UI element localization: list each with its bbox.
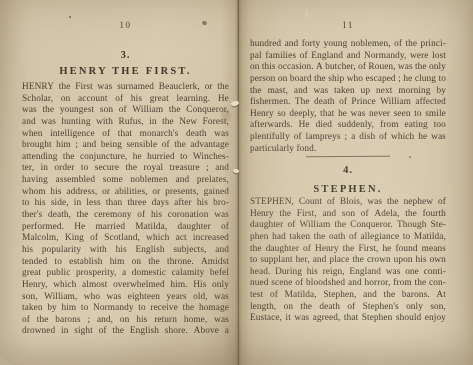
right-body-text: STEPHEN,CountofBlois,wasthenephewofHenry… xyxy=(250,197,446,325)
paper-speck xyxy=(409,156,411,158)
book-scan: 10 3. HENRY THE FIRST. HENRYtheFirstwass… xyxy=(0,0,473,365)
right-page-number: 11 xyxy=(250,20,446,30)
text-line: whomhisaddress,orabilities,orpresents,ga… xyxy=(22,187,229,199)
text-line: Henry,whichalmostoverwhelmedhim.Hisonly xyxy=(22,280,229,292)
text-line: takenbyhimtoNormandytoreceivethehomage xyxy=(22,303,229,315)
text-line: Malcolm,KingofScotland,whichactincreased xyxy=(22,233,229,245)
text-line: nuedsceneofbloodshedandhorror,fromthecon… xyxy=(250,278,446,290)
text-line: performed.HemarriedMatilda,daughterof xyxy=(22,222,229,234)
text-line: persononboardtheshipwhoescaped;heclungto xyxy=(250,74,446,86)
text-line: STEPHEN,CountofBlois,wasthenephewof xyxy=(250,197,446,209)
text-line: ter,inordertosecuretheroyaltreasure;and xyxy=(22,163,229,175)
text-line: tohisside,inlessthanthreedaysafterhisbro… xyxy=(22,198,229,210)
text-line: themast,andwastakenupnextmorningby xyxy=(250,86,446,98)
text-line: head.Duringhisreign,Englandwasoneconti- xyxy=(250,267,446,279)
text-line: attendingtheconjuncture,hehurriedtoWinch… xyxy=(22,152,229,164)
text-line: Eustace,itwasagreed,thatStephenshouldenj… xyxy=(250,313,446,325)
left-section-number: 3. xyxy=(22,50,229,61)
text-line: greatpublicprosperity,adomesticcalamityb… xyxy=(22,268,229,280)
right-section-number: 4. xyxy=(250,165,446,176)
right-page: 11 hundredandfortyyoungnoblemen,ofthepri… xyxy=(237,0,473,365)
text-line: plentifullyoflampreys;adishofwhichhewas xyxy=(250,132,446,144)
text-line: Scholar,onaccountofhisgreatlearning.He xyxy=(22,94,229,106)
text-line: havingassembledsomenoblemenandprelates, xyxy=(22,175,229,187)
text-line: daughterofWilliamtheConqueror.ThoughSte- xyxy=(250,220,446,232)
section-divider xyxy=(306,156,390,158)
text-line: andwashuntingwithRufus,intheNewForest, xyxy=(22,117,229,129)
text-line: HENRYtheFirstwassurnamedBeauclerk,orthe xyxy=(22,82,229,94)
text-line: onthisoccasion.Abutcher,ofRouen,wastheon… xyxy=(250,62,446,74)
text-line: hispopularitywithhisEnglishsubjects,and xyxy=(22,245,229,257)
text-line: phenhadtakentheoathofallegiancetoMatilda… xyxy=(250,232,446,244)
paper-speck xyxy=(69,16,71,18)
right-section-title: STEPHEN. xyxy=(250,184,446,195)
text-line: fishermen.ThedeathofPrinceWilliamaffecte… xyxy=(250,97,446,109)
left-body-text: HENRYtheFirstwassurnamedBeauclerk,ortheS… xyxy=(22,82,229,338)
right-continuation-text: hundredandfortyyoungnoblemen,oftheprinci… xyxy=(250,39,446,155)
text-line: ther'sdeath,theceremonyofhiscoronationwa… xyxy=(22,210,229,222)
page-corner-curl xyxy=(0,356,13,365)
text-line: son,William,whowaseighteenyearsold,was xyxy=(22,292,229,304)
text-line: hundredandfortyyoungnoblemen,oftheprinci… xyxy=(250,39,446,51)
left-page-content: 10 3. HENRY THE FIRST. HENRYtheFirstwass… xyxy=(22,0,229,365)
text-line: length,onthedeathofStephen'sonlyson, xyxy=(250,302,446,314)
text-line: ofthebarons;and,onhisreturnhome,was xyxy=(22,315,229,327)
paper-scuff xyxy=(305,8,308,18)
text-line: HenrytheFirst,andsonofAdela,thefourth xyxy=(250,209,446,221)
text-line: thedaughterofHenrytheFirst,hefoundmeans xyxy=(250,244,446,256)
left-page: 10 3. HENRY THE FIRST. HENRYtheFirstwass… xyxy=(0,0,237,365)
text-line: tosupplanther,andplacethecrownuponhisown xyxy=(250,255,446,267)
right-page-content: 11 hundredandfortyyoungnoblemen,ofthepri… xyxy=(250,0,446,365)
paper-stain xyxy=(221,109,231,122)
text-line: afterwards.Hediedsuddenly,fromeatingtoo xyxy=(250,120,446,132)
left-section-title: HENRY THE FIRST. xyxy=(22,66,229,77)
text-line: whenintelligenceofthatmonarch'sdeathwas xyxy=(22,129,229,141)
text-line: drownedinsightoftheEnglishshore.Abovea xyxy=(22,326,229,338)
text-line: particularlyfond. xyxy=(250,144,446,156)
text-line: Henrysodeeply,thathewasneverseentosmile xyxy=(250,109,446,121)
text-line: palfamiliesofEnglandandNormandy,werelost xyxy=(250,51,446,63)
left-page-number: 10 xyxy=(22,20,229,30)
text-line: testofMatilda,Stephen,andthebarons.At xyxy=(250,290,446,302)
text-line: broughthim;andbeingsensibleoftheadvantag… xyxy=(22,140,229,152)
text-line: wastheyoungestsonofWilliamtheConqueror, xyxy=(22,105,229,117)
text-line: tendedtoestablishhimonthethrone.Amidst xyxy=(22,257,229,269)
